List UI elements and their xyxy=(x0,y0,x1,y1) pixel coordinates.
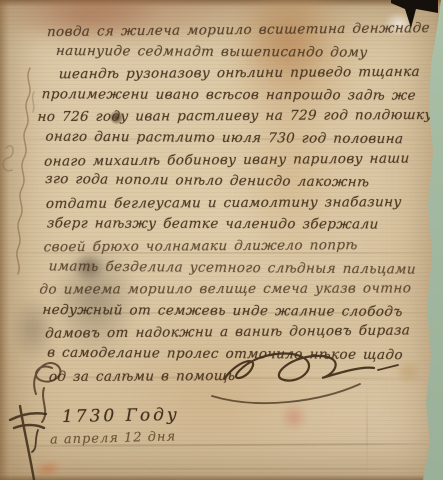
text-line: своей брюхо чолнамаки длижело попрѣ xyxy=(43,235,430,259)
text-line: в самоделание пролес отмочило нѣкое щадо xyxy=(47,343,425,367)
paper-edge-left xyxy=(0,0,10,480)
text-line: дамовъ от надокжни а ваниѣ донцовъ бираз… xyxy=(45,321,426,346)
text-line: онаго дани растлито июля 730 год половин… xyxy=(45,127,436,151)
date-year-line: 1730 Году xyxy=(62,405,180,427)
manuscript-text-block: повда ся жилеча мориило всишетина денжна… xyxy=(22,20,441,387)
text-line: зберг наѣзжу беатке чаленидо збержали xyxy=(46,214,431,237)
manuscript-paper: повда ся жилеча мориило всишетина денжна… xyxy=(0,0,443,480)
paper-edge-bottom xyxy=(0,475,443,480)
paper-edge-top xyxy=(0,0,443,7)
text-line: повда ся жилеча мориило всишетина денжна… xyxy=(47,18,442,44)
text-line: недужный от семжевь инде жалние слободъ xyxy=(42,300,427,324)
text-line: отдати беглеусами и сиамолтину знабазину xyxy=(45,192,432,216)
text-line: пролимежени ивано всѣсов напрошдо задѣ ж… xyxy=(41,84,438,107)
text-line: имать безделила усетного слѣдныя пальцам… xyxy=(48,256,429,281)
text-line: до имеема мориило велище смеча указв очт… xyxy=(39,278,428,301)
text-line: зго года нополи онѣло денисдо лакожнѣ xyxy=(45,169,434,195)
text-line: шеандѣ рузоназову онѣлини приведо тщанка xyxy=(58,62,439,86)
fold-crease-vertical xyxy=(366,382,368,478)
manuscript-scan: повда ся жилеча мориило всишетина денжна… xyxy=(0,0,443,480)
text-line: од за салѣми в помощь xyxy=(48,365,423,389)
text-line: но 726 году иван растлиеву на 729 год по… xyxy=(37,105,437,129)
text-line: нашнуиде седмнадт вышеписандо дому xyxy=(55,41,440,65)
